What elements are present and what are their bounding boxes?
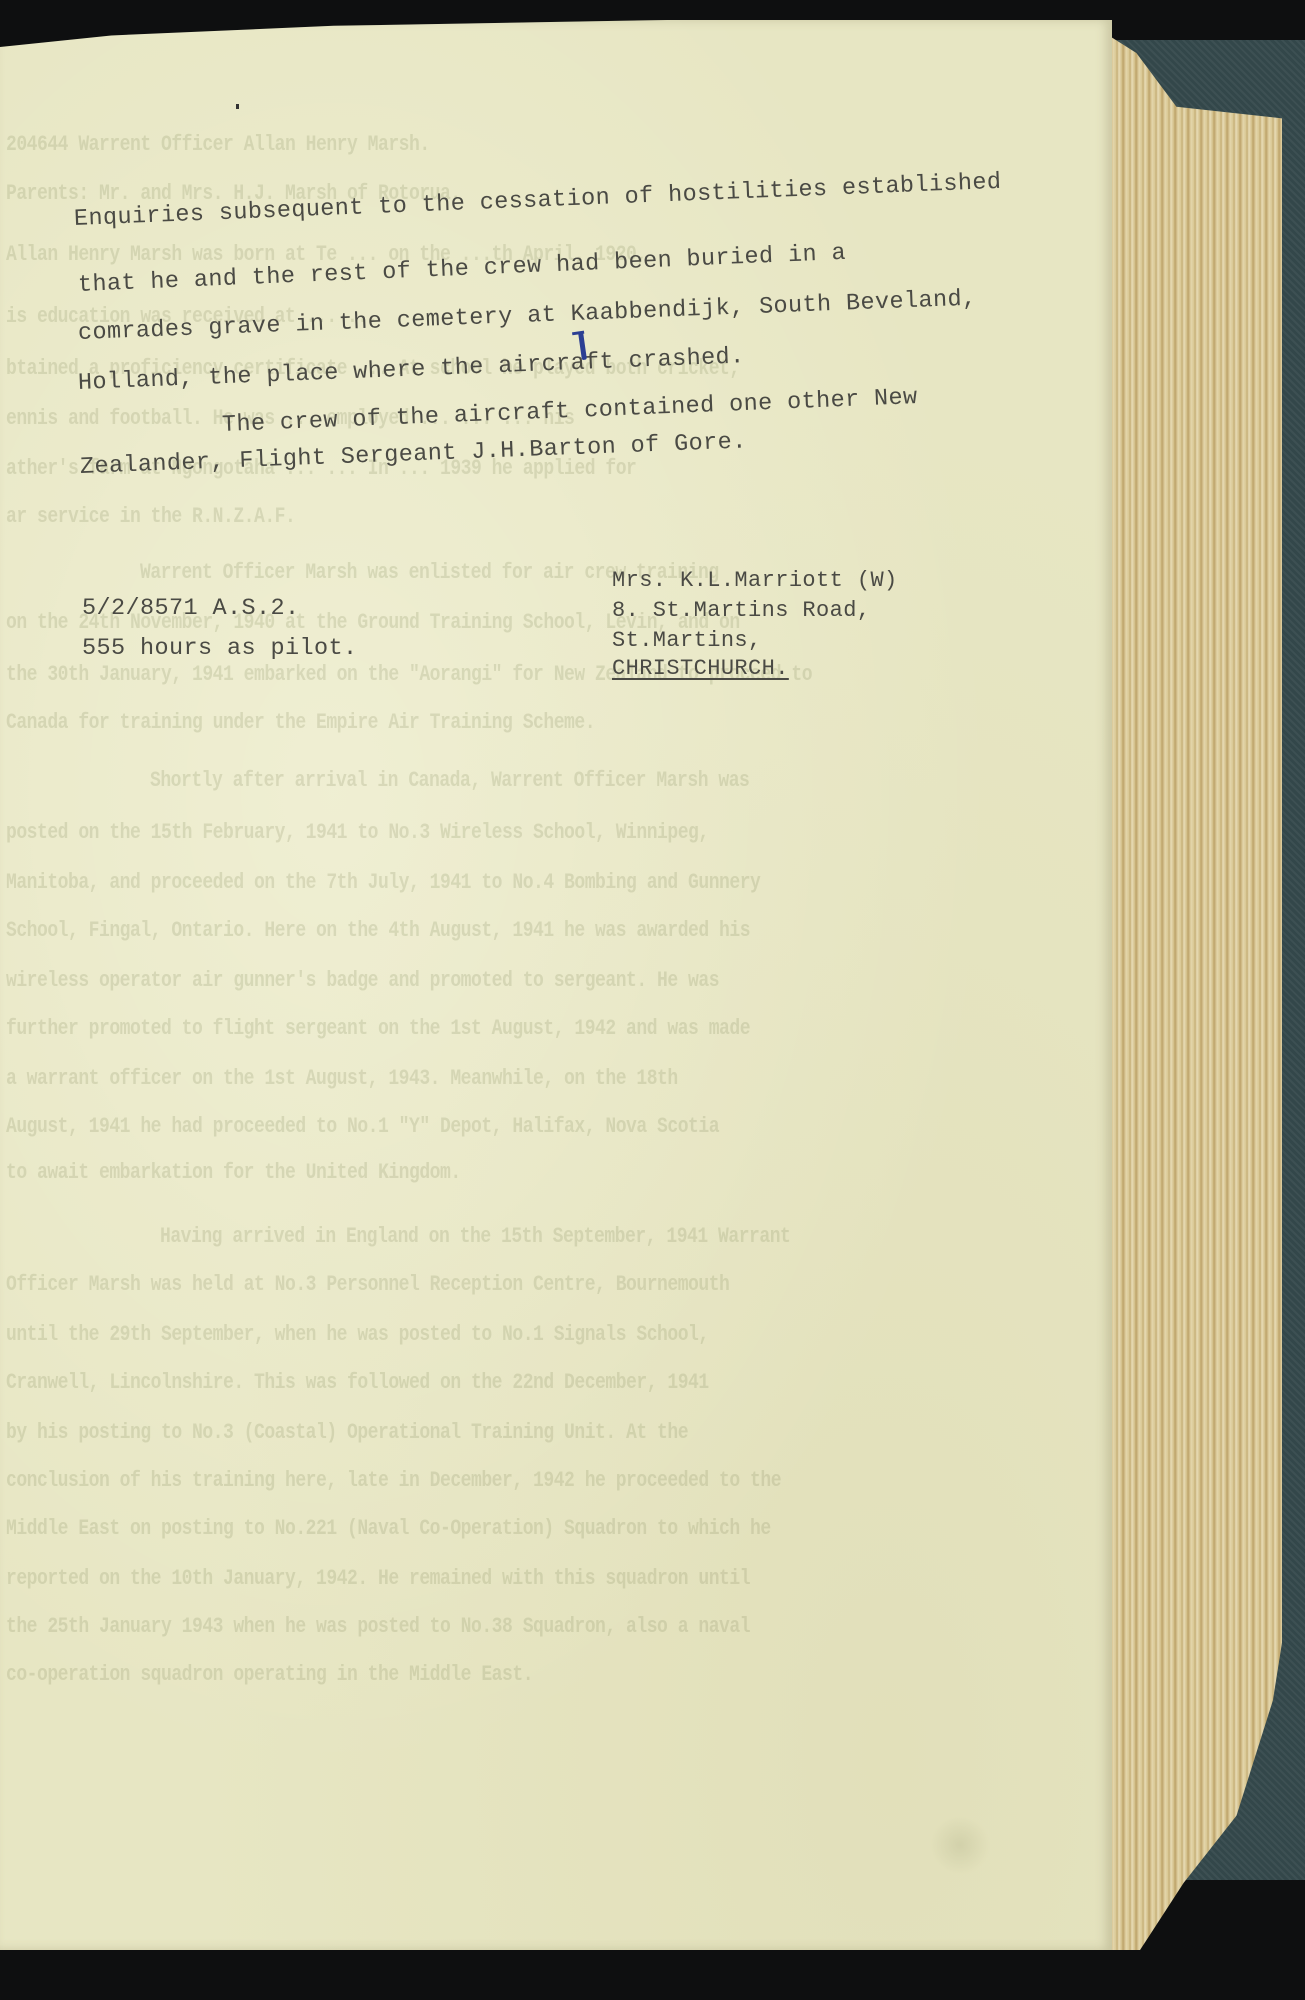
document-page: 204644 Warrent Officer Allan Henry Marsh…	[0, 20, 1112, 1950]
paper-stain	[930, 1815, 990, 1875]
show-through-line: a warrant officer on the 1st August, 194…	[6, 1066, 678, 1091]
paragraph-1-line-3: comrades grave in the cemetery at Kaabbe…	[77, 285, 977, 346]
address-suburb: St.Martins,	[612, 628, 762, 653]
paragraph-1-line-1: Enquiries subsequent to the cessation of…	[73, 169, 1001, 233]
next-of-kin-name: Mrs. K.L.Marriott (W)	[612, 568, 898, 593]
show-through-line: the 25th January 1943 when he was posted…	[6, 1614, 750, 1639]
show-through-line: 204644 Warrent Officer Allan Henry Marsh…	[6, 132, 430, 157]
show-through-line: wireless operator air gunner's badge and…	[6, 968, 719, 993]
show-through-line: reported on the 10th January, 1942. He r…	[6, 1566, 750, 1591]
flying-hours: 555 hours as pilot.	[82, 635, 358, 662]
show-through-line: by his posting to No.3 (Coastal) Operati…	[6, 1420, 688, 1445]
show-through-line: Having arrived in England on the 15th Se…	[160, 1224, 790, 1249]
show-through-line: Canada for training under the Empire Air…	[6, 710, 595, 735]
show-through-line: Shortly after arrival in Canada, Warrent…	[150, 768, 749, 793]
address-street: 8. St.Martins Road,	[612, 598, 870, 623]
show-through-line: further promoted to flight sergeant on t…	[6, 1016, 750, 1041]
paragraph-1-line-4: Holland, the place where the aircraft cr…	[77, 343, 745, 397]
show-through-line: co-operation squadron operating in the M…	[6, 1662, 533, 1687]
show-through-line: School, Fingal, Ontario. Here on the 4th…	[6, 918, 750, 943]
show-through-line: until the 29th September, when he was po…	[6, 1322, 709, 1347]
show-through-line: conclusion of his training here, late in…	[6, 1468, 781, 1493]
address-city: CHRISTCHURCH.	[612, 656, 789, 681]
show-through-line: Middle East on posting to No.221 (Naval …	[6, 1516, 771, 1541]
show-through-line: ar service in the R.N.Z.A.F.	[6, 504, 295, 529]
dust-speck	[236, 104, 239, 109]
page-edges	[1100, 30, 1282, 1950]
show-through-line: August, 1941 he had proceeded to No.1 "Y…	[6, 1114, 719, 1139]
show-through-line: Cranwell, Lincolnshire. This was followe…	[6, 1370, 709, 1395]
file-reference-number: 5/2/8571 A.S.2.	[82, 595, 300, 622]
show-through-line: to await embarkation for the United King…	[6, 1160, 461, 1185]
show-through-line: Manitoba, and proceeded on the 7th July,…	[6, 870, 760, 895]
show-through-line: posted on the 15th February, 1941 to No.…	[6, 820, 709, 845]
show-through-line: Officer Marsh was held at No.3 Personnel…	[6, 1272, 729, 1297]
